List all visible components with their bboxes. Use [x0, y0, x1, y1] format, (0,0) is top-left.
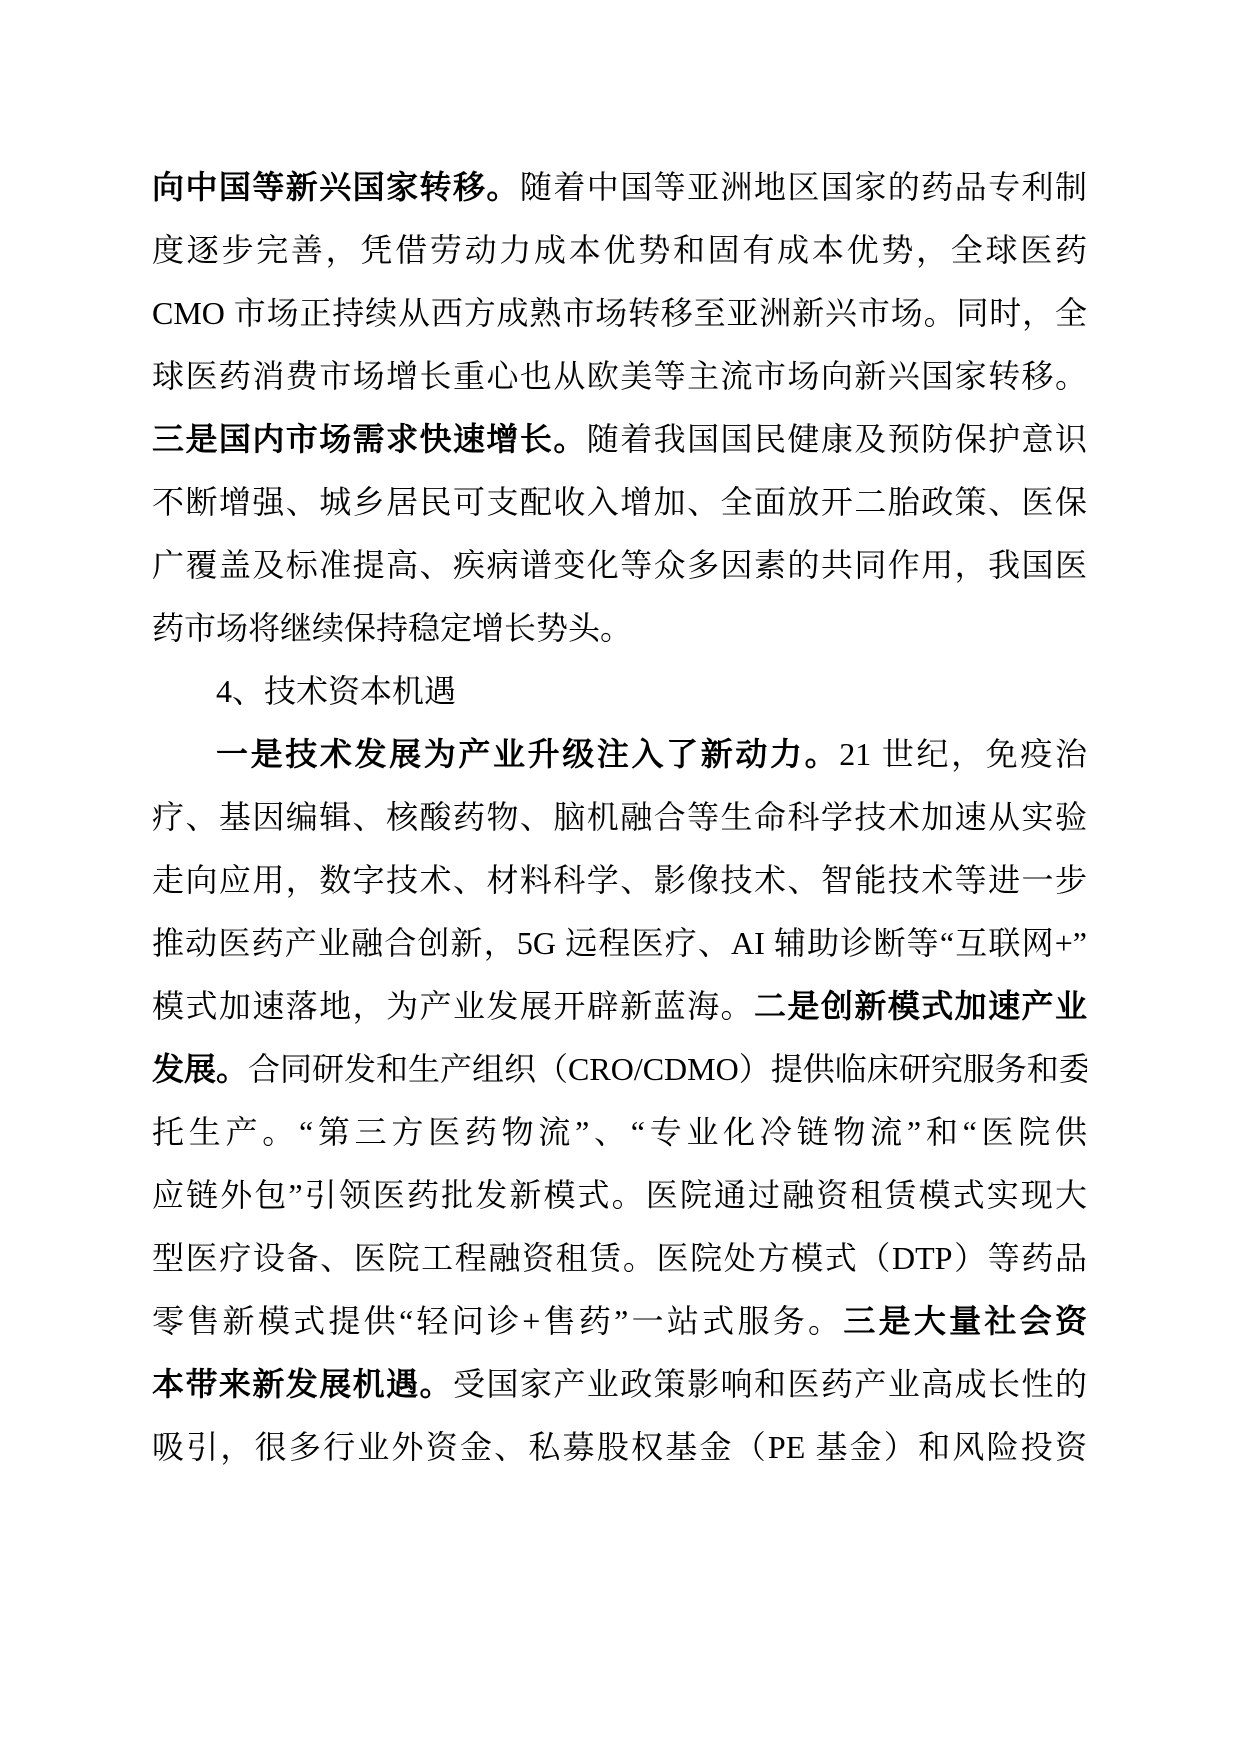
text-run: 4、技术资本机遇	[216, 673, 456, 709]
text-run: 零售新模式提供“轻问诊+售药”一站式服务。	[152, 1303, 843, 1339]
bold-text-run: 三是国内市场需求快速增长。	[152, 421, 587, 457]
text-run: 疗、基因编辑、核酸药物、脑机融合等生命科学技术加速从实验	[152, 799, 1087, 835]
text-run: 应链外包”引领医药批发新模式。医院通过融资租赁模式实现大	[152, 1177, 1087, 1213]
document-text-block: 向中国等新兴国家转移。随着中国等亚洲地区国家的药品专利制度逐步完善，凭借劳动力成…	[152, 156, 1087, 1479]
text-line: 三是国内市场需求快速增长。随着我国国民健康及预防保护意识	[152, 408, 1087, 471]
document-page: 向中国等新兴国家转移。随着中国等亚洲地区国家的药品专利制度逐步完善，凭借劳动力成…	[0, 0, 1240, 1754]
text-run: 受国家产业政策影响和医药产业高成长性的	[453, 1366, 1087, 1402]
bold-text-run: 三是大量社会资	[843, 1303, 1087, 1339]
text-line: 球医药消费市场增长重心也从欧美等主流市场向新兴国家转移。	[152, 345, 1087, 408]
text-run: 推动医药产业融合创新，5G 远程医疗、AI 辅助诊断等“互联网+”	[152, 925, 1087, 961]
text-run: 随着中国等亚洲地区国家的药品专利制	[520, 169, 1087, 205]
bold-text-run: 发展。	[152, 1051, 248, 1087]
text-line: 广覆盖及标准提高、疾病谱变化等众多因素的共同作用，我国医	[152, 534, 1087, 597]
bold-text-run: 本带来新发展机遇。	[152, 1366, 453, 1402]
text-line: 走向应用，数字技术、材料科学、影像技术、智能技术等进一步	[152, 849, 1087, 912]
text-run: CMO 市场正持续从西方成熟市场转移至亚洲新兴市场。同时，全	[152, 295, 1087, 331]
text-run: 吸引，很多行业外资金、私募股权基金（PE 基金）和风险投资	[152, 1429, 1087, 1465]
text-run: 走向应用，数字技术、材料科学、影像技术、智能技术等进一步	[152, 862, 1087, 898]
bold-text-run: 二是创新模式加速产业	[754, 988, 1087, 1024]
text-line: 向中国等新兴国家转移。随着中国等亚洲地区国家的药品专利制	[152, 156, 1087, 219]
text-line: 模式加速落地，为产业发展开辟新蓝海。二是创新模式加速产业	[152, 975, 1087, 1038]
text-line: 推动医药产业融合创新，5G 远程医疗、AI 辅助诊断等“互联网+”	[152, 912, 1087, 975]
text-line: 4、技术资本机遇	[152, 660, 1087, 723]
text-run: 球医药消费市场增长重心也从欧美等主流市场向新兴国家转移。	[152, 358, 1087, 394]
text-run: 不断增强、城乡居民可支配收入增加、全面放开二胎政策、医保	[152, 484, 1087, 520]
text-run: 21 世纪，免疫治	[839, 736, 1087, 772]
text-line: 本带来新发展机遇。受国家产业政策影响和医药产业高成长性的	[152, 1353, 1087, 1416]
text-run: 托生产。“第三方医药物流”、“专业化冷链物流”和“医院供	[152, 1114, 1087, 1150]
text-line: 度逐步完善，凭借劳动力成本优势和固有成本优势，全球医药	[152, 219, 1087, 282]
text-line: 型医疗设备、医院工程融资租赁。医院处方模式（DTP）等药品	[152, 1227, 1087, 1290]
bold-text-run: 向中国等新兴国家转移。	[152, 169, 520, 205]
bold-text-run: 一是技术发展为产业升级注入了新动力。	[216, 736, 839, 772]
text-line: 疗、基因编辑、核酸药物、脑机融合等生命科学技术加速从实验	[152, 786, 1087, 849]
text-run: 广覆盖及标准提高、疾病谱变化等众多因素的共同作用，我国医	[152, 547, 1087, 583]
text-line: 托生产。“第三方医药物流”、“专业化冷链物流”和“医院供	[152, 1101, 1087, 1164]
text-line: 零售新模式提供“轻问诊+售药”一站式服务。三是大量社会资	[152, 1290, 1087, 1353]
text-line: 发展。合同研发和生产组织（CRO/CDMO）提供临床研究服务和委	[152, 1038, 1087, 1101]
text-run: 药市场将继续保持稳定增长势头。	[152, 610, 632, 646]
text-run: 随着我国国民健康及预防保护意识	[587, 421, 1087, 457]
text-line: 不断增强、城乡居民可支配收入增加、全面放开二胎政策、医保	[152, 471, 1087, 534]
text-run: 合同研发和生产组织（CRO/CDMO）提供临床研究服务和委	[248, 1051, 1087, 1087]
text-line: CMO 市场正持续从西方成熟市场转移至亚洲新兴市场。同时，全	[152, 282, 1087, 345]
text-line: 应链外包”引领医药批发新模式。医院通过融资租赁模式实现大	[152, 1164, 1087, 1227]
text-line: 吸引，很多行业外资金、私募股权基金（PE 基金）和风险投资	[152, 1416, 1087, 1479]
text-line: 一是技术发展为产业升级注入了新动力。21 世纪，免疫治	[152, 723, 1087, 786]
text-run: 型医疗设备、医院工程融资租赁。医院处方模式（DTP）等药品	[152, 1240, 1087, 1276]
text-run: 模式加速落地，为产业发展开辟新蓝海。	[152, 988, 754, 1024]
text-line: 药市场将继续保持稳定增长势头。	[152, 597, 1087, 660]
text-run: 度逐步完善，凭借劳动力成本优势和固有成本优势，全球医药	[152, 232, 1087, 268]
